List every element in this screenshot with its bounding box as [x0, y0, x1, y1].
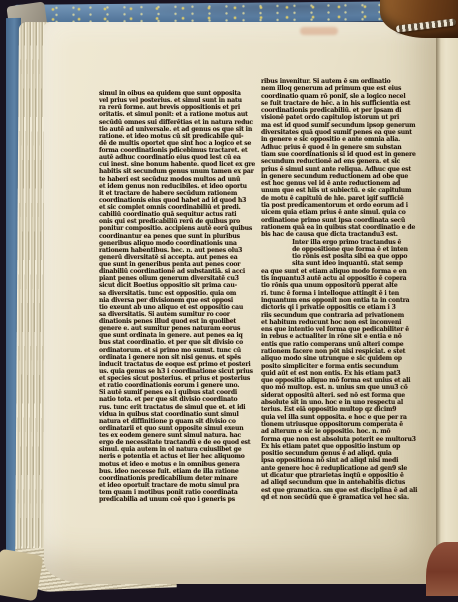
- text-line: ergo de necessitate tractandū e de eo qu…: [99, 439, 255, 446]
- text-line: ma est id quod sumif secundum ipsop gene…: [261, 122, 419, 129]
- text-line: simul. quia autem in ol natura cuiuslibe…: [99, 446, 255, 453]
- text-line: sa diversitatis. Si autem sumitur ro coo…: [99, 311, 255, 318]
- text-line: ante genere hoc ē reduplicatione ad gen9…: [261, 465, 419, 472]
- text-line: riis secundum que contraria ad privation…: [261, 312, 419, 319]
- text-line: prius ē simul sunt ante reliqua. Adhuc q…: [261, 166, 419, 173]
- text-line: est hoc genus vel id ē ante reductionem …: [261, 180, 419, 187]
- book-scan-photo: simul in oibus ea quidem que sunt opposi…: [0, 0, 458, 602]
- text-line: et sic complet omnis coordinabiliū et pr…: [99, 204, 255, 211]
- text-line: posito simpliciter e forma entis secundu…: [261, 363, 419, 370]
- text-line: absolute sit in uno. hoc e in uno respec…: [261, 399, 419, 406]
- text-line: que oppositio aliquo mō forma est unius …: [261, 377, 419, 384]
- text-line: qd et non secūdū que ē gramatica vel hec…: [261, 494, 419, 501]
- text-line: bis hac de causa que dicta tractandu3 es…: [261, 231, 419, 238]
- faint-red-mark: [300, 27, 338, 35]
- text-line: motus et ideo e motus e in omnibus gener…: [99, 461, 255, 468]
- text-line: ea que sunt et etiam aliquo modo forma e…: [261, 268, 419, 275]
- text-line: simul in oibus ea quidem que sunt opposi…: [99, 90, 255, 97]
- text-column-right: ribus invenitur. Si autem ē sm ordinatio…: [261, 78, 419, 510]
- text-line: vel prius vel posterius. et simul sunt i…: [99, 97, 255, 104]
- text-line: coordinationis predicabiliū. et per ipsa…: [261, 107, 419, 114]
- text-line: et idem genus non reducibiles. et ideo o…: [99, 183, 255, 190]
- text-line: et ratio coordinationis eorum i genere u…: [99, 382, 255, 389]
- text-line: autē adhuc coordinatio eius quod lest cū…: [99, 154, 255, 161]
- text-line: tionem utriusque oppositorum comperata ē: [261, 421, 419, 428]
- text-line: neris e potentia et actus et lier hec al…: [99, 453, 255, 460]
- text-line: siderat oppositū alteri. sed nō est form…: [261, 392, 419, 399]
- text-line: ponitur compositio. accipiens autē eorū …: [99, 225, 255, 232]
- text-line: te haberi est secūduz modos multos ad un…: [99, 176, 255, 183]
- text-line: tio rōnis qua unum oppositorū pperat alt…: [261, 282, 419, 289]
- text-line: piant penes olium generum diversitatē cu…: [99, 275, 255, 282]
- text-line: coordinationis predicabilium deter minar…: [99, 475, 255, 482]
- text-line: rationem quā ea in quibus stat coordinat…: [261, 224, 419, 231]
- text-line: ordinatarii et quo sunt opposite simul e…: [99, 425, 255, 432]
- text-line: Si autē sumif penes ea i quibus stat coo…: [99, 389, 255, 396]
- text-line: ordinatione primo sunt ipsa coordinata s…: [261, 217, 419, 224]
- text-line: in rebus e actualiter in rōne sit e enti…: [261, 333, 419, 340]
- text-line: generū diversitatē si accepta. aut penes…: [99, 254, 255, 261]
- text-line: tia post predicamentorum et ordo eorum a…: [261, 202, 419, 209]
- text-line: terius. Est eiā oppositio multop qz dici…: [261, 406, 419, 413]
- text-line: forma coordinationis pdicebimus tractare…: [99, 147, 255, 154]
- text-line: forma que non est absoluta poterit ee mu…: [261, 436, 419, 443]
- text-line: ad alterum e sic ie oppositio. hoc. n. m…: [261, 428, 419, 435]
- text-line: genere e. aut sumitur penes naturam eoru…: [99, 325, 255, 332]
- text-line: se fuit tractare de hēc. a in his suffic…: [261, 100, 419, 107]
- text-line: vidua in quibus stat coordinatio sunt si…: [99, 411, 255, 418]
- text-line: ra rerū forme. aut brevis oppositionis e…: [99, 104, 255, 111]
- text-line: ordinatorum. et si primo mo sumst. tunc …: [99, 347, 255, 354]
- text-line: et ideo oportuit tractare de motu simul …: [99, 482, 255, 489]
- facing-page-gutter: [436, 28, 458, 584]
- text-line: de oppositione que forma ē et inten: [261, 246, 419, 253]
- text-line: quia vel illa sunt opposita. e hoc e que…: [261, 414, 419, 421]
- text-line: Adhuc prius ē quod ē in genere sm substa…: [261, 144, 419, 151]
- text-line: visionē patet ordo capitulop istorum ut …: [261, 114, 419, 121]
- text-line: us. quia genus se h3 i coordinatione sic…: [99, 368, 255, 375]
- text-line: tio autē ad universale. et ad genus os q…: [99, 126, 255, 133]
- text-line: de motu ē capitulū de hle. paret igif su…: [261, 195, 419, 202]
- text-line: diversitates quā quod sumif penes ea que…: [261, 129, 419, 136]
- text-line: inducit tractatus de eoque est primo et …: [99, 361, 255, 368]
- text-line: bus. ideo necesse fuit. etiam de illa ra…: [99, 468, 255, 475]
- text-line: rationem facere non pōt nisi respiciat. …: [261, 348, 419, 355]
- text-line: sita sunt ideo inquantū. stat semp: [261, 260, 419, 267]
- text-line: tiam sue coordinationis si id quod est i…: [261, 151, 419, 158]
- text-line: ut dicatur que ptrarietas inqtū e opposi…: [261, 472, 419, 479]
- text-line: ri. tunc ē forma i intelloque attingit ē…: [261, 290, 419, 297]
- text-line: et species sicut posterius. et prius et …: [99, 375, 255, 382]
- text-line: it et tractare de habere secūdum ratione…: [99, 190, 255, 197]
- text-line: ratione. et ideo motus cū sit predicabil…: [99, 133, 255, 140]
- text-line: rationem habentibus. hec. n. aut penes o…: [99, 247, 255, 254]
- text-line: uicem quia etiam prius ē ante simul. qui…: [261, 209, 419, 216]
- text-line: ipsa oppositiona nō sint ad aliqd nisi m…: [261, 457, 419, 464]
- text-line: entis que ratio comperans unū alteri com…: [261, 341, 419, 348]
- text-line: et habitum reducunt hoc non est inconven…: [261, 319, 419, 326]
- text-line: sa diversitatis. tunc est oppositio. qui…: [99, 290, 255, 297]
- text-line: predicabilia ad unum coē quo i generis p…: [99, 496, 255, 503]
- text-line: sicut dicit Boetius oppositio sit prima …: [99, 282, 255, 289]
- text-line: natio tota. et per que sit divisio coord…: [99, 396, 255, 403]
- text-line: cui inest. sine bonum habente. quod lice…: [99, 161, 255, 168]
- text-line: tio exeunt ab uno aliquo et est oppositi…: [99, 304, 255, 311]
- text-line: ordinata i genere non sit nisi genus. et…: [99, 354, 255, 361]
- text-line: in genere secundum reductionem ad obe qu…: [261, 173, 419, 180]
- text-line: nia diversa per divisionem que est oppos…: [99, 297, 255, 304]
- text-line: bus stat coordinatio. et per que sit div…: [99, 339, 255, 346]
- text-line: habitis sit secundum genus unum tamen ex…: [99, 168, 255, 175]
- text-line: ad aliqd secundum que in antehabitis dic…: [261, 479, 419, 486]
- text-line: nem illoq generum ad primum que est eius: [261, 85, 419, 92]
- text-line: ribus invenitur. Si autem ē sm ordinatio: [261, 78, 419, 85]
- text-line: dē de multis oportet que sint hoc a logi…: [99, 140, 255, 147]
- text-line: quo mō multop. est. n. unius sm que unu3…: [261, 384, 419, 391]
- text-line: inquantum ens opponit non entia ta in co…: [261, 297, 419, 304]
- text-line: Ex his etiam patet que oppositio instum …: [261, 443, 419, 450]
- text-line: tio rōnis est posita sibi ea que oppo: [261, 253, 419, 260]
- text-line: ens que intentio vel forma que pedicabil…: [261, 326, 419, 333]
- text-line: cabiliū coordinatio quā sequitur actus r…: [99, 211, 255, 218]
- text-line: coordinantur ea penes que sunt in plurib…: [99, 233, 255, 240]
- text-line: dinationis penes illud quod est in quoli…: [99, 318, 255, 325]
- text-column-left: simul in oibus ea quidem que sunt opposi…: [99, 90, 255, 510]
- text-line: dictoris qi i privatie oppositis ce etia…: [261, 304, 419, 311]
- text-line: oritatis. et simul ponit: et a ratione m…: [99, 111, 255, 118]
- text-line: dinabiliū coordinationē ad substantiā. s…: [99, 268, 255, 275]
- text-line: que sunt in generibus penta aut penes co…: [99, 261, 255, 268]
- text-line: quid aūt et est non entis. Ex his etiam …: [261, 370, 419, 377]
- text-line: coordinatio quam rō ponif, sle a logico …: [261, 93, 419, 100]
- text-line: onis qui est predicabiliū rerū de quibus…: [99, 218, 255, 225]
- text-line: generibus aliquo modo coordinationis una: [99, 240, 255, 247]
- text-line: tes ex eodem genere sunt simul natura. h…: [99, 432, 255, 439]
- text-line: aliquo modo sine utrunque e sic quidem o…: [261, 355, 419, 362]
- text-line: que sunt ordinata in genere. aut penes e…: [99, 332, 255, 339]
- text-line: secundum reductionē ad ens genera. et si…: [261, 158, 419, 165]
- text-line: natura et diffinitione p quam sit divisi…: [99, 418, 255, 425]
- text-line: tis inquantu3 autē actu al oppositio ē c…: [261, 275, 419, 282]
- text-line: est que gramatica. sm que est disciplina…: [261, 487, 419, 494]
- text-line: secūdū omnes sui differētias et in natur…: [99, 119, 255, 126]
- text-line: Inter illa ergo primo tractandus ē: [261, 239, 419, 246]
- text-line: coordinationis eius quod habet ad id quo…: [99, 197, 255, 204]
- text-line: unum que est hiis ut subiectū. e sic cap…: [261, 187, 419, 194]
- text-line: positio secundum genus ē ad aliqd. quia: [261, 450, 419, 457]
- text-line: rus. tunc erit tractatus de simul que et…: [99, 404, 255, 411]
- text-line: tem quam i motibus ponit ratio coordinat…: [99, 489, 255, 496]
- board-corner-bottom-left: [0, 549, 44, 602]
- text-line: in genere e sic oppositio e ante omnia a…: [261, 136, 419, 143]
